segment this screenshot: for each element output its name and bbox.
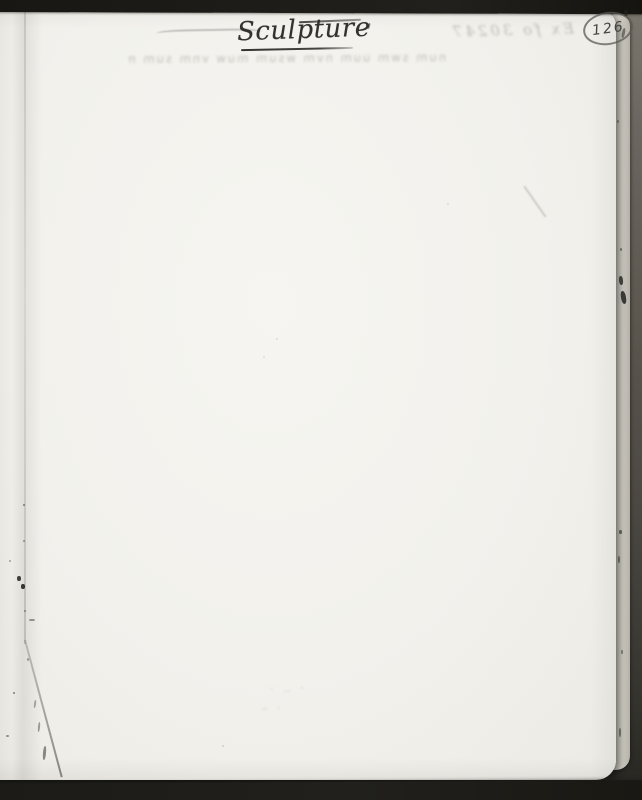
backdrop-top-band (0, 0, 642, 14)
ghost-smudge: – · (262, 702, 284, 715)
handwritten-title: Sculpture (237, 13, 372, 48)
ghost-smudge: · ‥ · (270, 681, 307, 695)
binding-crease (24, 12, 26, 644)
notebook-page (0, 10, 616, 780)
ghost-reversed-line: num swm uum nvm wsum muw vnm sum mwn uvs… (128, 50, 446, 66)
page-number-text: 126 (591, 18, 626, 38)
scanned-album-page: Sculpture Ex fo 30247 num swm uum nvm ws… (0, 0, 642, 800)
backdrop-bottom-band (0, 780, 642, 800)
